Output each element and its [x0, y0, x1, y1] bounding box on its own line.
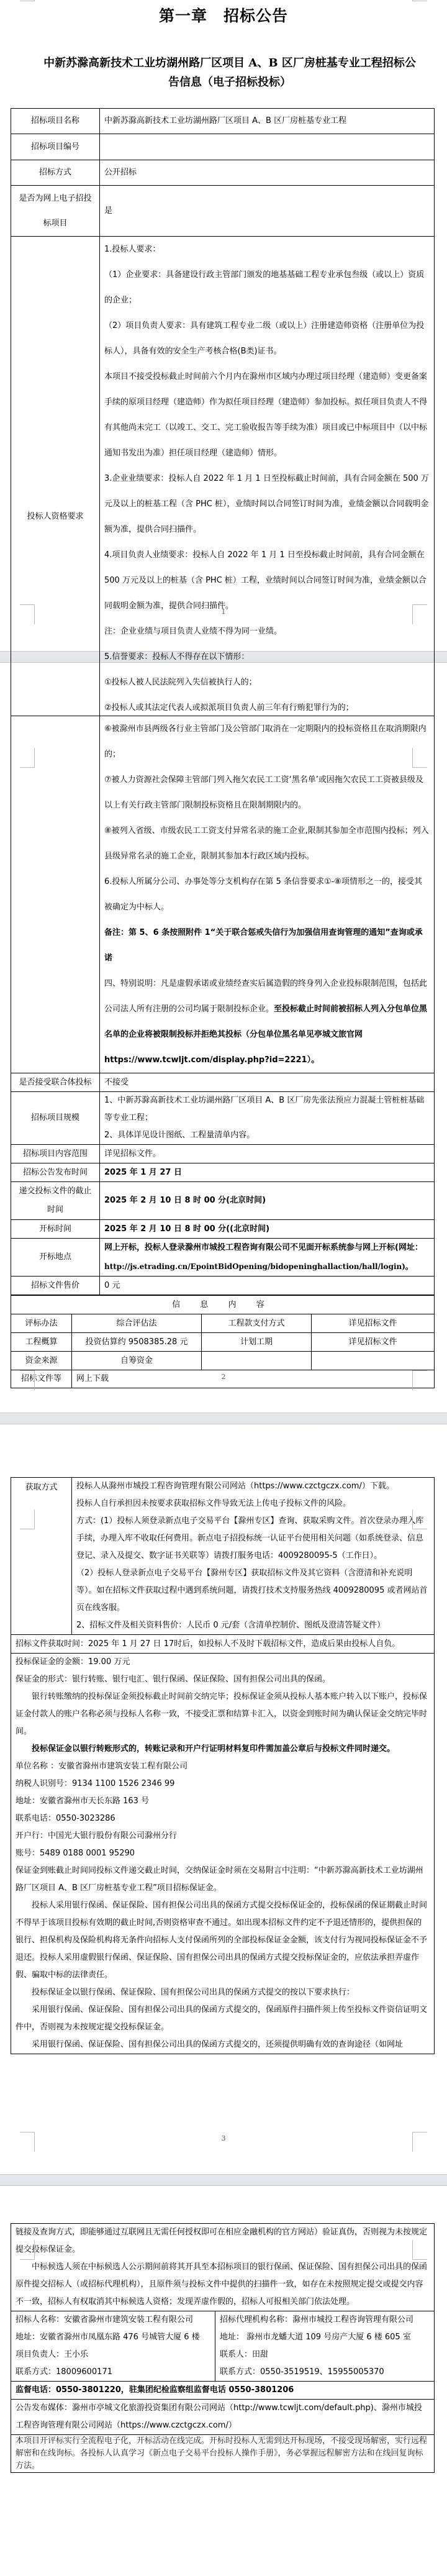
deposit-transfer: 银行转账缴纳的投标保证金须投标截止时间前交纳完毕；投标保证金须从投标人基本账户转… [16, 1688, 430, 1741]
grid-cell: 工程款支付方式 [202, 1314, 312, 1333]
grid-cell [202, 1352, 312, 1370]
qualification-line: ⑦被人力资源社会保障主管部门列入拖欠农民工工资‘黑名单’或因拖欠农民工工资被县级… [104, 767, 430, 818]
agency-line: 地址： 滁州市龙蟠大道 109 号房产大厦 6 楼 605 室 [220, 2329, 430, 2346]
row-label: 招标方式 [11, 160, 100, 186]
qualification-line: （2）项目负责人要求：具有建筑工程专业二级（或以上）注册建造师资格（注册单位为投… [104, 313, 430, 364]
table-row: 信 息 内 容 [11, 1296, 435, 1314]
row-label: 招标项目名称 [11, 109, 100, 134]
tenderer-line: 招标人名称：安徽省滁州市建筑安装工程有限公司 [16, 2311, 210, 2329]
row-label: 开标地点 [11, 1239, 100, 1277]
page-number: 1 [0, 608, 447, 616]
page-corner-mark [412, 2240, 427, 2260]
page-1: 第一章 招标公告 中新苏滁高新技术工业坊湖州路厂区项目 A、B 区厂房桩基专业工… [0, 0, 447, 651]
table-row: 本项目开评标实行全流程电子化，开标活动在线完成。开标时投标人无需到达开标现场，不… [11, 2435, 435, 2473]
open-place-text: 网上开标，投标人登录滁州市城投工程咨询有限公司不见面开标系统参与网上开标(网址： [104, 1243, 423, 1252]
table-row: 招标文件获取时间：2025 年 1 月 27 日 17时后，如投标人不及时下载招… [11, 1635, 435, 1654]
table-row: 招标项目编号 [11, 134, 435, 160]
table-row: 链接及查询方式，即能够通过互联网且无需任何授权即可在相应金融机构的官方网站）验证… [11, 2224, 435, 2311]
grid-cell: 评标办法 [11, 1314, 72, 1333]
guarantee-para: 中标候选人须在中标候选人公示期间前将其开具至本招标项目的银行保函、保证保险、国有… [16, 2259, 430, 2311]
deposit-continued-table: 链接及查询方式，即能够通过互联网且无需任何授权即可在相应金融机构的官方网站）验证… [11, 2223, 435, 2473]
account-line: 账号：5489 0188 0001 95290 [16, 1845, 430, 1862]
qualification-line: ①投标人被人民法院列入失信被执行人的； [104, 670, 430, 695]
chapter-title: 第一章 招标公告 [0, 0, 447, 39]
table-row: 是否为网上电子招投标项目 是 [11, 186, 435, 237]
page-corner-mark [412, 0, 427, 1]
deposit-content-continued: 链接及查询方式，即能够通过互联网且无需任何授权即可在相应金融机构的官方网站）验证… [11, 2224, 435, 2311]
guarantee-para: 投标人采用银行保函、保证保险、国有担保公司出具的保函方式提交投标保证金的，投标保… [16, 1897, 430, 1984]
page-corner-mark [412, 748, 427, 768]
page-number: 3 [0, 2134, 447, 2142]
row-value: 不接受 [100, 1073, 435, 1092]
account-line: 联系电话：0550-3023286 [16, 1810, 430, 1827]
guarantee-para: 采用银行保函、保证保险、国有担保公司出具的保函方式提交的，还须提供明确有效的查询… [16, 2036, 430, 2054]
open-time-value: 2025 年 2 月 10 日 8 时 00 分((北京时间) [100, 1220, 435, 1239]
table-row: 招标项目名称 中新苏滁高新技术工业坊湖州路厂区项目 A、B 区厂房桩基专业工程 [11, 109, 435, 134]
obtain-time-note: 招标文件获取时间：2025 年 1 月 27 日 17时后，如投标人不及时下载招… [11, 1635, 435, 1654]
open-place-value: 网上开标，投标人登录滁州市城投工程咨询有限公司不见面开标系统参与网上开标(网址：… [100, 1239, 435, 1277]
page-3: 获取方式 投标人从滁州市城投工程咨询管理有限公司网站（https://www.c… [0, 1477, 447, 2174]
guarantee-para: 链接及查询方式，即能够通过互联网且无需任何授权即可在相应金融机构的官方网站）验证… [16, 2224, 430, 2259]
row-label: 递交投标文件的截止时间 [11, 1182, 100, 1220]
tenderer-info: 招标人名称：安徽省滁州市建筑安装工程有限公司 地址：安徽省滁州市凤凰东路 476… [11, 2311, 215, 2382]
row-value: 1、中新苏滁高新技术工业坊湖州路厂区项目 A、B 区厂房先张法预应力混凝土管桩桩… [100, 1092, 435, 1145]
table-row: 招标公告发布时间 2025 年 1 月 27 日 [11, 1163, 435, 1182]
grid-cell: 详见招标文件 [312, 1333, 435, 1352]
scale-line: 1、中新苏滁高新技术工业坊湖州路厂区项目 A、B 区厂房先张法预应力混凝土管桩桩… [104, 1092, 430, 1127]
page-separator [0, 1413, 447, 1424]
account-line: 单位名称 ：安徽省滁州市建筑安装工程有限公司 [16, 1758, 430, 1775]
table-row: 是否接受联合体投标 不接受 [11, 1073, 435, 1092]
open-place-link[interactable]: http://js.etrading.cn/EpointBidOpening/b… [104, 1257, 430, 1276]
agency-line: 联系人：田甜 [220, 2346, 430, 2364]
special-note: 四、特别说明：凡是虚假承诺或业绩经查实后属造假的终身列入企业投标限制范围，包括此… [104, 971, 430, 1073]
grid-cell [312, 1352, 435, 1370]
row-label: 招标文件售价 [11, 1277, 100, 1295]
guarantee-para: 采用银行保函、保证保险、国有担保公司出具的保函方式提交的，保函原件扫描件须上传至… [16, 2001, 430, 2036]
table-row: 招标项目规模 1、中新苏滁高新技术工业坊湖州路厂区项目 A、B 区厂房先张法预应… [11, 1092, 435, 1145]
agency-info: 招标代理机构名称：滁州市城投工程咨询管理有限公司 地址： 滁州市龙蟠大道 109… [215, 2311, 435, 2382]
grid-cell: 资金来源 [11, 1352, 72, 1370]
row-label: 开标时间 [11, 1220, 100, 1239]
publish-media: 公告发布媒体：滁州市亭城文化旅游投资集团有限公司网站（http://www.tc… [11, 2400, 435, 2435]
account-line: 地址：安徽省滁州市天长东路 163 号 [16, 1793, 430, 1810]
table-row: 招标方式 公开招标 [11, 160, 435, 186]
page-separator [0, 2174, 447, 2186]
table-row: 招标人名称：安徽省滁州市建筑安装工程有限公司 地址：安徽省滁州市凤凰东路 476… [11, 2311, 435, 2382]
qualification-line: 6.投标人所属分公司、办事处等分支机构存在第 5 条信誉要求①-⑧项情形之一的，… [104, 869, 430, 920]
row-value: 0 元 [100, 1277, 435, 1295]
qualification-line: ⑥被滁州市县两级各行业主管部门及公管部门取消在一定期限内的投标资格且在取消期限内… [104, 716, 430, 767]
page-number: 2 [0, 1373, 447, 1381]
row-label: 招标项目内容范围 [11, 1145, 100, 1163]
row-label [11, 716, 100, 1073]
table-row: 开标地点 网上开标，投标人登录滁州市城投工程咨询有限公司不见面开标系统参与网上开… [11, 1239, 435, 1277]
obtain-line: 投标人从滁州市城投工程咨询管理有限公司网站（https://www.czctgc… [76, 1478, 430, 1495]
agency-line: 联系方式：0550-3519519、15955005370 [220, 2364, 430, 2381]
obtain-line: 投标人自行承担因未按要求获取招标文件导致无法上传电子投标文件的风险。 [76, 1495, 430, 1513]
tenderer-line: 联系方式：18009600171 [16, 2364, 210, 2381]
scale-line: 2、具体详见设计图纸、工程量清单内容。 [104, 1127, 430, 1144]
obtain-line: 方式：(1）投标人须登录新点电子交易平台【滁州专区】查询、获取采购文件。首次登录… [76, 1513, 430, 1565]
row-label: 是否为网上电子招投标项目 [11, 186, 100, 237]
page-corner-mark [412, 1509, 427, 1529]
table-row: 获取方式 投标人从滁州市城投工程咨询管理有限公司网站（https://www.c… [11, 1478, 435, 1635]
row-label: 招标项目规模 [11, 1092, 100, 1145]
page-2: ⑥被滁州市县两级各行业主管部门及公管部门取消在一定期限内的投标资格且在取消期限内… [0, 716, 447, 1413]
page-corner-mark [20, 1509, 35, 1529]
bid-info-table-continued: ⑥被滁州市县两级各行业主管部门及公管部门取消在一定期限内的投标资格且在取消期限内… [11, 716, 435, 1295]
grid-cell: 详见招标文件 [312, 1314, 435, 1333]
row-label: 招标公告发布时间 [11, 1163, 100, 1182]
qualification-line: 本项目不接受投标截止时间前六个月内在滁州市区域内办理过项目经理（建造师）变更备案… [104, 364, 430, 466]
qualification-line: 注：企业业绩与项目负责人业绩不得为同一业绩。 [104, 619, 430, 644]
tenderer-line: 项目负责人：王小乐 [16, 2346, 210, 2364]
document-title: 中新苏滁高新技术工业坊湖州路厂区项目 A、B 区厂房桩基专业工程招标公告信息（电… [0, 39, 447, 108]
agency-line: 招标代理机构名称：滁州市城投工程咨询管理有限公司 [220, 2311, 430, 2329]
deposit-arrival-note: 保证金到账截止时间同投标文件递交截止时间，交纳保证金时须在交易附言中注明：“中新… [16, 1862, 430, 1897]
deposit-transfer-bold: 投标保证金以银行转账形式的，转账记录和开户行证明材料复印件需加盖公章后与投标文件… [16, 1741, 430, 1758]
qualification-line: 1.投标人要求： [104, 237, 430, 262]
table-row: 开标时间 2025 年 2 月 10 日 8 时 00 分((北京时间) [11, 1220, 435, 1239]
row-value: 中新苏滁高新技术工业坊湖州路厂区项目 A、B 区厂房桩基专业工程 [100, 109, 435, 134]
bid-info-table: 招标项目名称 中新苏滁高新技术工业坊湖州路厂区项目 A、B 区厂房桩基专业工程 … [11, 108, 435, 798]
grid-cell: 计划工期 [202, 1333, 312, 1352]
qualification-line: 5.信誉要求：投标人不得存在以下情形： [104, 644, 430, 670]
grid-cell: 工程概算 [11, 1333, 72, 1352]
grid-cell: 自筹资金 [72, 1352, 202, 1370]
obtain-line: （2）投标人登录新点电子交易平台【滁州专区】获取招标文件及其它资料（含澄清和补充… [76, 1565, 430, 1617]
row-value: 公开招标 [100, 160, 435, 186]
row-value [100, 134, 435, 160]
table-row: 评标办法 综合评估法 工程款支付方式 详见招标文件 [11, 1314, 435, 1333]
qualification-content: ⑥被滁州市县两级各行业主管部门及公管部门取消在一定期限内的投标资格且在取消期限内… [100, 716, 435, 1073]
deposit-form: 保证金的形式：银行转账、银行电汇、银行保函、保证保险、国有担保公司出具的保函。 [16, 1671, 430, 1688]
publish-time-value: 2025 年 1 月 27 日 [100, 1163, 435, 1182]
page-corner-mark [20, 0, 35, 1]
row-value: 是 [100, 186, 435, 237]
row-label: 投标人资格要求 [11, 237, 100, 798]
deposit-content: 投标保证金的金额：19.00 万元 保证金的形式：银行转账、银行电汇、银行保函、… [11, 1654, 435, 2054]
electronic-bidding-note: 本项目开评标实行全流程电子化，开标活动在线完成。开标时投标人无需到达开标现场，不… [11, 2435, 435, 2473]
table-row: 工程概算 投资估算约 9508385.28 元 计划工期 详见招标文件 [11, 1333, 435, 1352]
table-row: 资金来源 自筹资金 [11, 1352, 435, 1370]
row-label: 获取方式 [11, 1478, 72, 1635]
deposit-amount: 投标保证金的金额：19.00 万元 [16, 1654, 430, 1671]
qualification-line: ⑧被列入省级、市级农民工工资支付异常名录的施工企业,限制其参加全市范围内投标；列… [104, 818, 430, 869]
qualification-remark: 备注：第 5、6 条按照附件 1“关于联合惩戒失信行为加强信用查询管理的通知”查… [104, 920, 430, 971]
page-4: 链接及查询方式，即能够通过互联网且无需任何授权即可在相应金融机构的官方网站）验证… [0, 2223, 447, 2576]
info-section-title: 信 息 内 容 [11, 1296, 435, 1314]
guarantee-para: 投标保证金以银行保函、保证保险、国有担保公司出具的保函方式提交的按以下要求执行： [16, 1984, 430, 2001]
table-row: 招标项目内容范围 详见招标文件。 [11, 1145, 435, 1163]
tenderer-line: 地址：安徽省滁州市凤凰东路 476 号城管大厦 6 楼 [16, 2329, 210, 2346]
table-row: 投标人资格要求 1.投标人要求： （1）企业要求：具备建设行政主管部门颁发的地基… [11, 237, 435, 798]
deadline-value: 2025 年 2 月 10 日 8 时 00 分(北京时间) [100, 1182, 435, 1220]
qualification-content: 1.投标人要求： （1）企业要求：具备建设行政主管部门颁发的地基基础工程专业承包… [100, 237, 435, 798]
table-row: 招标文件售价 0 元 [11, 1277, 435, 1295]
table-row: 公告发布媒体：滁州市亭城文化旅游投资集团有限公司网站（http://www.tc… [11, 2400, 435, 2435]
row-label: 是否接受联合体投标 [11, 1073, 100, 1092]
table-row: 投标保证金的金额：19.00 万元 保证金的形式：银行转账、银行电汇、银行保函、… [11, 1654, 435, 2054]
qualification-line: （1）企业要求：具备建设行政主管部门颁发的地基基础工程专业承包叁级（或以上）资质… [104, 262, 430, 313]
account-line: 开户行：中国光大银行股份有限公司滁州分行 [16, 1827, 430, 1845]
obtain-line: 2、招标文件及相关资料售价：人民币 0 元/套（含清单控制价、图纸及澄清答疑文件… [76, 1617, 430, 1634]
row-value: 详见招标文件。 [100, 1145, 435, 1163]
obtain-content: 投标人从滁州市城投工程咨询管理有限公司网站（https://www.czctgc… [72, 1478, 435, 1635]
supervision-phone: 监督电话：0550-3801220，驻集团纪检监察组监督电话 0550-3801… [11, 2382, 435, 2400]
table-row: ⑥被滁州市县两级各行业主管部门及公管部门取消在一定期限内的投标资格且在取消期限内… [11, 716, 435, 1073]
qualification-line: 3.企业业绩要求：投标人自 2022 年 1 月 1 日至投标截止时间前，具有合… [104, 466, 430, 542]
account-line: 纳税人识别号：9134 1100 1526 2346 99 [16, 1775, 430, 1793]
page-corner-mark [20, 2240, 35, 2260]
table-row: 递交投标文件的截止时间 2025 年 2 月 10 日 8 时 00 分(北京时… [11, 1182, 435, 1220]
obtain-table: 获取方式 投标人从滁州市城投工程咨询管理有限公司网站（https://www.c… [11, 1477, 435, 2054]
page-corner-mark [20, 748, 35, 768]
grid-cell: 综合评估法 [72, 1314, 202, 1333]
grid-cell: 投资估算约 9508385.28 元 [72, 1333, 202, 1352]
row-label: 招标项目编号 [11, 134, 100, 160]
table-row: 监督电话：0550-3801220，驻集团纪检监察组监督电话 0550-3801… [11, 2382, 435, 2400]
